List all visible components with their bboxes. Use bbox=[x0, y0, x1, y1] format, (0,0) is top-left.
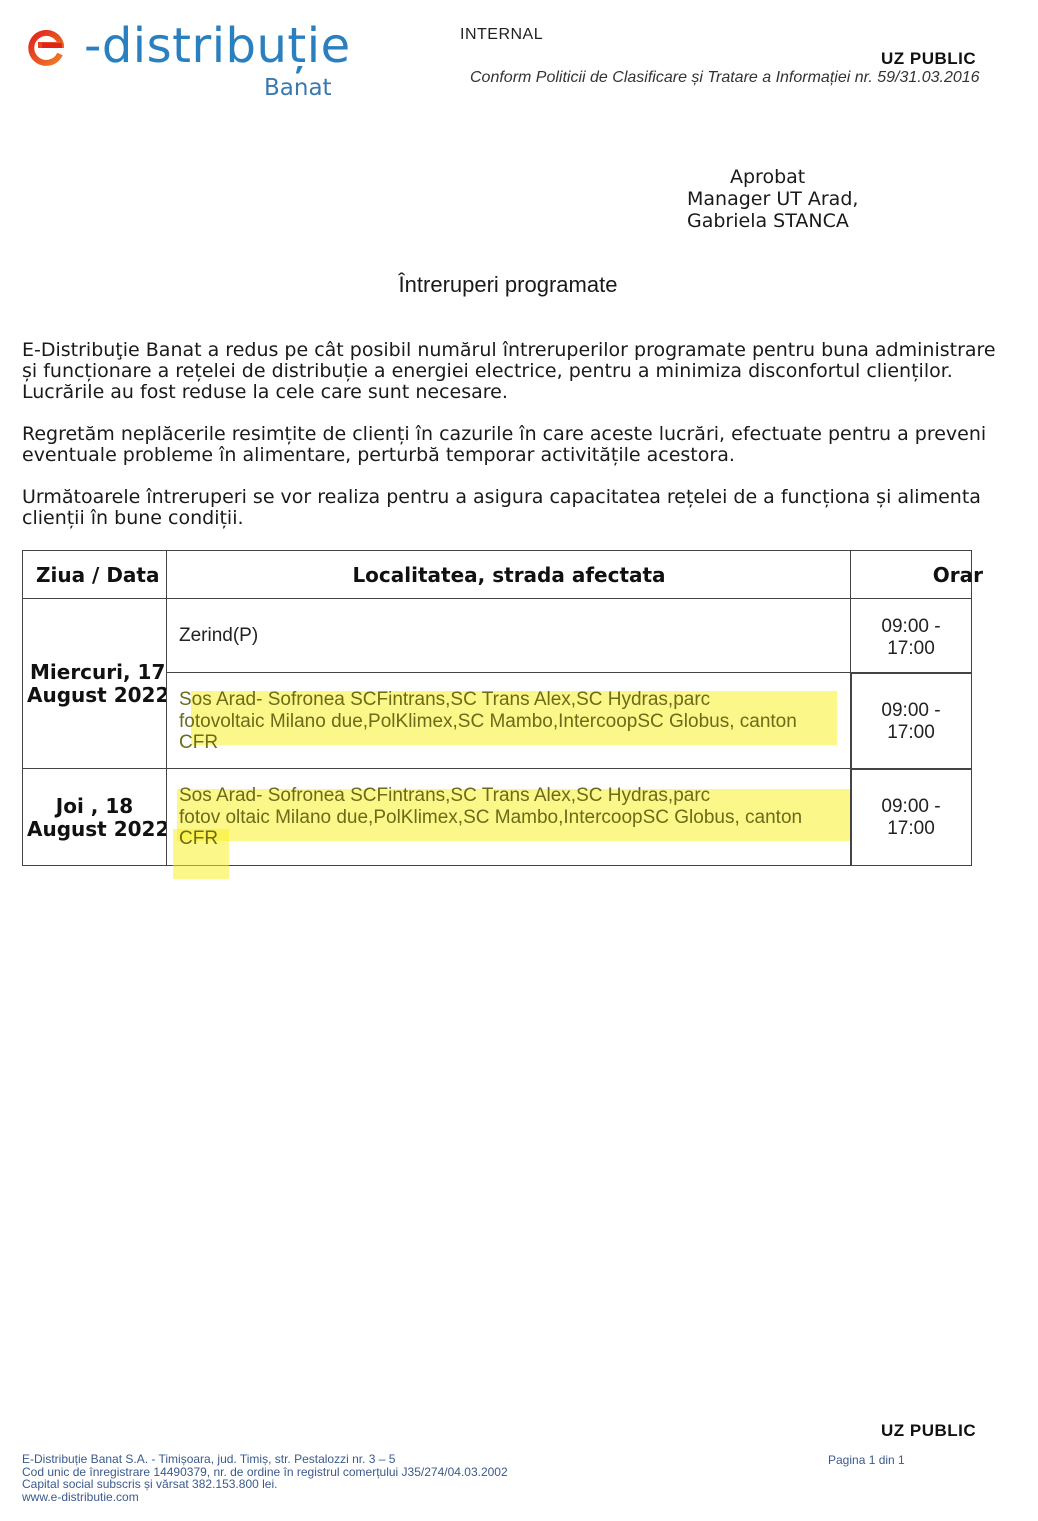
approval-block: Aprobat Manager UT Arad, Gabriela STANCA bbox=[687, 166, 858, 232]
time-start: 09:00 - bbox=[851, 796, 971, 818]
time-end: 17:00 bbox=[851, 638, 971, 660]
classification-public-top: UZ PUBLIC bbox=[881, 49, 976, 69]
date-line: Joi , 18 bbox=[23, 794, 166, 818]
time-cell: 09:00 - 17:00 bbox=[850, 768, 972, 866]
date-line: August 2022 bbox=[27, 817, 169, 841]
time-start: 09:00 - bbox=[851, 616, 971, 638]
logo-region-text: Banat bbox=[264, 74, 332, 102]
footer-website-link[interactable]: www.e-distributie.com bbox=[22, 1491, 508, 1504]
location-line: fotov oltaic Milano due,PolKlimex,SC Mam… bbox=[179, 807, 802, 829]
header-date-label: Ziua / Data bbox=[36, 563, 159, 587]
location-line: Sos Arad- Sofronea SCFintrans,SC Trans A… bbox=[179, 689, 797, 711]
logo-brand-text: -distribuție bbox=[84, 16, 351, 76]
paragraph-line: Lucrările au fost reduse la cele care su… bbox=[22, 382, 1038, 403]
time-cell: 09:00 - 17:00 bbox=[850, 598, 972, 674]
location-line: CFR bbox=[179, 732, 797, 754]
page-indicator: Pagina 1 din 1 bbox=[828, 1453, 905, 1467]
date-line: Miercuri, 17 bbox=[30, 660, 165, 684]
company-logo: -distribuție Banat bbox=[26, 18, 346, 108]
header-time-label: Orar bbox=[933, 563, 983, 587]
date-line: August 2022 bbox=[27, 683, 169, 707]
logo-e-icon bbox=[28, 28, 64, 68]
approval-label: Aprobat bbox=[687, 166, 858, 188]
apology-paragraph: Regretăm neplăcerile resimțite de clienț… bbox=[22, 424, 1038, 466]
table-row: Zerind(P) bbox=[166, 598, 852, 674]
header-location: Localitatea, strada afectata bbox=[166, 550, 852, 599]
approval-role: Manager UT Arad, bbox=[687, 188, 858, 210]
paragraph-line: eventuale probleme în alimentare, pertur… bbox=[22, 445, 1038, 466]
paragraph-line: Următoarele întreruperi se vor realiza p… bbox=[22, 487, 1038, 508]
time-end: 17:00 bbox=[851, 722, 971, 744]
table-row: Sos Arad- Sofronea SCFintrans,SC Trans A… bbox=[166, 768, 852, 866]
header-time: Orar bbox=[850, 550, 972, 599]
date-cell-wednesday: Miercuri, 17 August 2022 bbox=[22, 598, 167, 770]
classification-internal: INTERNAL bbox=[460, 26, 543, 44]
location-line: Sos Arad- Sofronea SCFintrans,SC Trans A… bbox=[179, 785, 802, 807]
intro-paragraph: E-Distribuţie Banat a redus pe cât posib… bbox=[22, 340, 1038, 403]
paragraph-line: E-Distribuţie Banat a redus pe cât posib… bbox=[22, 340, 1038, 361]
paragraph-line: Regretăm neplăcerile resimțite de clienț… bbox=[22, 424, 1038, 445]
location-text: Sos Arad- Sofronea SCFintrans,SC Trans A… bbox=[179, 689, 797, 754]
footer-capital: Capital social subscris și vărsat 382.15… bbox=[22, 1478, 508, 1491]
table-row: Sos Arad- Sofronea SCFintrans,SC Trans A… bbox=[166, 672, 852, 770]
document-title: Întreruperi programate bbox=[0, 272, 1016, 298]
location-line: fotovoltaic Milano due,PolKlimex,SC Mamb… bbox=[179, 711, 797, 733]
company-footer: E-Distribuție Banat S.A. - Timișoara, ju… bbox=[22, 1453, 508, 1503]
schedule-intro-paragraph: Următoarele întreruperi se vor realiza p… bbox=[22, 487, 1038, 529]
location-text: Sos Arad- Sofronea SCFintrans,SC Trans A… bbox=[179, 785, 802, 850]
time-end: 17:00 bbox=[851, 818, 971, 840]
policy-reference: Conform Politicii de Clasificare și Trat… bbox=[470, 69, 980, 87]
time-cell: 09:00 - 17:00 bbox=[850, 672, 972, 770]
location-line: CFR bbox=[179, 828, 802, 850]
date-cell-thursday: Joi , 18 August 2022 bbox=[22, 768, 167, 866]
approval-name: Gabriela STANCA bbox=[687, 210, 858, 232]
footer-address: E-Distribuție Banat S.A. - Timișoara, ju… bbox=[22, 1453, 508, 1466]
paragraph-line: și funcționare a rețelei de distribuție … bbox=[22, 361, 1038, 382]
classification-public-bottom: UZ PUBLIC bbox=[881, 1421, 976, 1441]
location-text: Zerind(P) bbox=[179, 625, 258, 647]
paragraph-line: clienții în bune condiții. bbox=[22, 508, 1038, 529]
header-date: Ziua / Data bbox=[22, 550, 167, 599]
time-start: 09:00 - bbox=[851, 700, 971, 722]
header-location-label: Localitatea, strada afectata bbox=[167, 563, 851, 587]
